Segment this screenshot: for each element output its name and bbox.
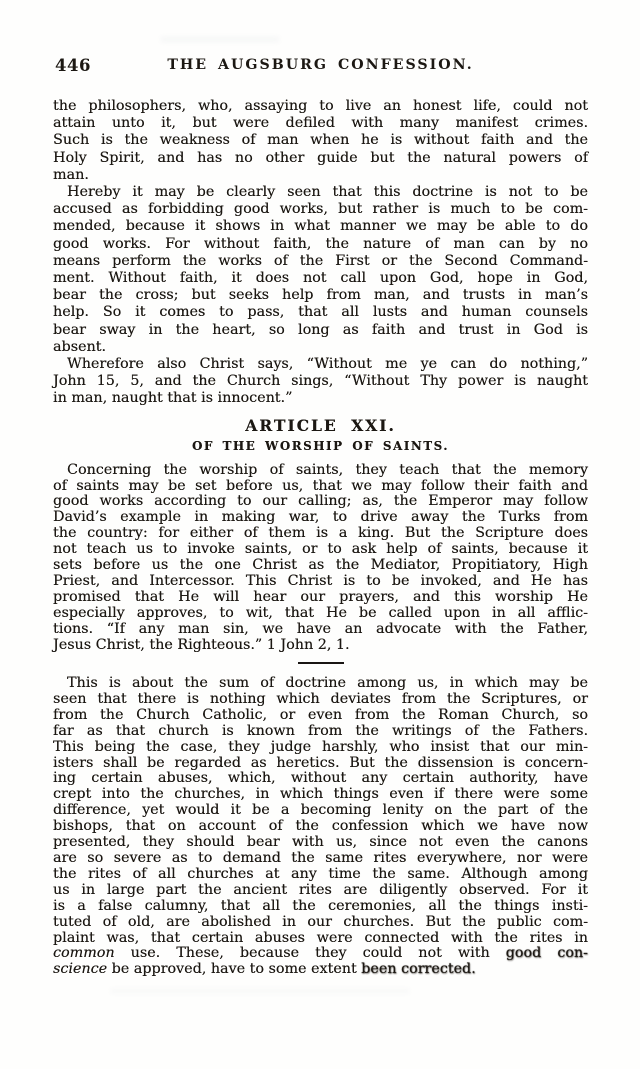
text-line: Holy Spirit, and has no other guide but …	[53, 150, 588, 167]
text-line: science be approved, have to some extent…	[53, 962, 588, 978]
text-segment: David’s example in making war, to drive …	[53, 509, 588, 525]
text-line: presented, they should bear with us, sin…	[53, 835, 588, 851]
text-segment: the rites of all churches at any time th…	[53, 866, 588, 882]
text-line: Priest, and Intercessor. This Christ is …	[53, 574, 588, 590]
scan-artifact	[110, 988, 410, 994]
text-segment: ment. Without faith, it does not call up…	[53, 270, 588, 286]
text-segment: isters shall be regarded as heretics. Bu…	[53, 755, 588, 771]
text-segment: ing certain abuses, which, without any c…	[53, 770, 588, 786]
text-line: us in large part the ancient rites are d…	[53, 883, 588, 899]
text-line: Such is the weakness of man when he is w…	[53, 132, 588, 149]
text-line: John 15, 5, and the Church sings, “Witho…	[53, 373, 588, 390]
book-page: 446 THE AUGSBURG CONFESSION. the philoso…	[0, 0, 640, 1069]
text-line: of saints may be set before us, that we …	[53, 479, 588, 495]
text-line: Jesus Christ, the Righteous.” 1 John 2, …	[53, 638, 588, 654]
text-line: in man, naught that is innocent.”	[53, 390, 588, 407]
text-segment: are so severe as to demand the same rite…	[53, 850, 588, 866]
running-title: THE AUGSBURG CONFESSION.	[53, 57, 588, 73]
text-segment: bishops, that on account of the confessi…	[53, 818, 588, 834]
text-segment: promised that He will hear our prayers, …	[53, 589, 588, 605]
text-segment: us in large part the ancient rites are d…	[53, 882, 588, 898]
paragraph: Hereby it may be clearly seen that this …	[53, 184, 588, 356]
text-line: attain unto it, but were defiled with ma…	[53, 115, 588, 132]
text-line: bishops, that on account of the confessi…	[53, 819, 588, 835]
text-line: far as that church is known from the wri…	[53, 724, 588, 740]
text-segment: This being the case, they judge harshly,…	[53, 739, 588, 755]
text-segment: of saints may be set before us, that we …	[53, 478, 588, 494]
text-line: tuted of old, are abolished in our churc…	[53, 915, 588, 931]
text-line: seen that there is nothing which deviate…	[53, 692, 588, 708]
text-segment: man.	[53, 167, 89, 183]
text-segment: Holy Spirit, and has no other guide but …	[53, 150, 588, 166]
text-body: the philosophers, who, assaying to live …	[53, 98, 588, 978]
text-segment: from the Church Catholic, or even from t…	[53, 707, 588, 723]
text-segment: plaint was, that certain abuses were con…	[53, 930, 588, 946]
text-line: mended, because it shows in what manner …	[53, 218, 588, 235]
text-line: good works. For without faith, the natur…	[53, 236, 588, 253]
text-segment: Priest, and Intercessor. This Christ is …	[53, 573, 588, 589]
paragraph: Wherefore also Christ says, “Without me …	[53, 356, 588, 408]
paragraph: Concerning the worship of saints, they t…	[53, 463, 588, 654]
text-line: from the Church Catholic, or even from t…	[53, 708, 588, 724]
text-segment: especially approves, to wit, that He be …	[53, 605, 588, 621]
text-segment: tuted of old, are abolished in our churc…	[53, 914, 588, 930]
text-segment: means perform the works of the First or …	[53, 253, 588, 269]
text-line: bear the cross; but seeks help from man,…	[53, 287, 588, 304]
text-segment: help. So it comes to pass, that all lust…	[53, 304, 588, 320]
text-line: help. So it comes to pass, that all lust…	[53, 304, 588, 321]
text-segment: Hereby it may be clearly seen that this …	[67, 184, 588, 200]
page-header: 446 THE AUGSBURG CONFESSION.	[53, 57, 588, 75]
text-segment: mended, because it shows in what manner …	[53, 218, 588, 234]
text-segment: attain unto it, but were defiled with ma…	[53, 115, 588, 131]
text-line: tions. “If any man sin, we have an advoc…	[53, 622, 588, 638]
text-line: the rites of all churches at any time th…	[53, 867, 588, 883]
text-line: common use. These, because they could no…	[53, 946, 588, 962]
text-line: accused as forbidding good works, but ra…	[53, 201, 588, 218]
text-segment: bear sway in the heart, so long as faith…	[53, 322, 588, 338]
text-segment: Wherefore also Christ says, “Without me …	[67, 356, 588, 372]
scan-artifact	[160, 36, 280, 43]
text-segment: bear the cross; but seeks help from man,…	[53, 287, 588, 303]
text-line: Concerning the worship of saints, they t…	[53, 463, 588, 479]
text-segment: crept into the churches, in which things…	[53, 786, 588, 802]
text-line: especially approves, to wit, that He be …	[53, 606, 588, 622]
text-segment: accused as forbidding good works, but ra…	[53, 201, 588, 217]
text-line: bear sway in the heart, so long as faith…	[53, 322, 588, 339]
text-segment: tions. “If any man sin, we have an advoc…	[53, 621, 588, 637]
article-subheading: OF THE WORSHIP OF SAINTS.	[53, 439, 588, 454]
paragraph: the philosophers, who, assaying to live …	[53, 98, 588, 184]
page-number: 446	[55, 56, 91, 75]
text-line: are so severe as to demand the same rite…	[53, 851, 588, 867]
text-segment: Such is the weakness of man when he is w…	[53, 132, 588, 148]
text-line: not teach us to invoke saints, or to ask…	[53, 542, 588, 558]
text-segment: use. These, because they could not with	[115, 945, 506, 961]
section-divider	[298, 662, 344, 665]
text-segment: absent.	[53, 339, 106, 355]
text-segment: be approved, have to some extent	[107, 961, 361, 977]
text-segment: is a false calumny, that all the ceremon…	[53, 898, 588, 914]
text-segment: Jesus Christ, the Righteous.” 1 John 2, …	[53, 637, 350, 653]
text-line: David’s example in making war, to drive …	[53, 510, 588, 526]
article-heading: ARTICLE XXI.	[53, 417, 588, 435]
italic-text: science	[53, 961, 107, 977]
text-line: ing certain abuses, which, without any c…	[53, 771, 588, 787]
text-line: means perform the works of the First or …	[53, 253, 588, 270]
text-segment: good works according to our calling; as,…	[53, 493, 588, 509]
text-segment: the philosophers, who, assaying to live …	[53, 98, 588, 114]
paragraph: This is about the sum of doctrine among …	[53, 676, 588, 978]
text-segment: the country: for either of them is a kin…	[53, 525, 588, 541]
text-line: sets before us the one Christ as the Med…	[53, 558, 588, 574]
text-line: crept into the churches, in which things…	[53, 787, 588, 803]
text-line: Hereby it may be clearly seen that this …	[53, 184, 588, 201]
text-line: good works according to our calling; as,…	[53, 494, 588, 510]
text-segment: been corrected.	[361, 961, 475, 977]
text-line: This being the case, they judge harshly,…	[53, 740, 588, 756]
text-segment: in man, naught that is innocent.”	[53, 390, 292, 406]
text-line: isters shall be regarded as heretics. Bu…	[53, 756, 588, 772]
page-content: 446 THE AUGSBURG CONFESSION. the philoso…	[53, 57, 588, 978]
text-line: promised that He will hear our prayers, …	[53, 590, 588, 606]
text-segment: sets before us the one Christ as the Med…	[53, 557, 588, 573]
text-line: the country: for either of them is a kin…	[53, 526, 588, 542]
text-line: ment. Without faith, it does not call up…	[53, 270, 588, 287]
italic-text: common	[53, 945, 115, 961]
text-segment: seen that there is nothing which deviate…	[53, 691, 588, 707]
text-segment: Concerning the worship of saints, they t…	[67, 462, 588, 478]
text-line: Wherefore also Christ says, “Without me …	[53, 356, 588, 373]
text-segment: far as that church is known from the wri…	[53, 723, 588, 739]
text-line: absent.	[53, 339, 588, 356]
text-segment: difference, yet would it be a becoming l…	[53, 802, 588, 818]
text-line: difference, yet would it be a becoming l…	[53, 803, 588, 819]
text-line: is a false calumny, that all the ceremon…	[53, 899, 588, 915]
text-segment: good con-	[506, 945, 588, 961]
text-line: the philosophers, who, assaying to live …	[53, 98, 588, 115]
text-line: man.	[53, 167, 588, 184]
text-segment: This is about the sum of doctrine among …	[67, 675, 588, 691]
text-segment: John 15, 5, and the Church sings, “Witho…	[53, 373, 588, 389]
text-line: This is about the sum of doctrine among …	[53, 676, 588, 692]
text-segment: presented, they should bear with us, sin…	[53, 834, 588, 850]
text-segment: good works. For without faith, the natur…	[53, 236, 588, 252]
text-segment: not teach us to invoke saints, or to ask…	[53, 541, 588, 557]
